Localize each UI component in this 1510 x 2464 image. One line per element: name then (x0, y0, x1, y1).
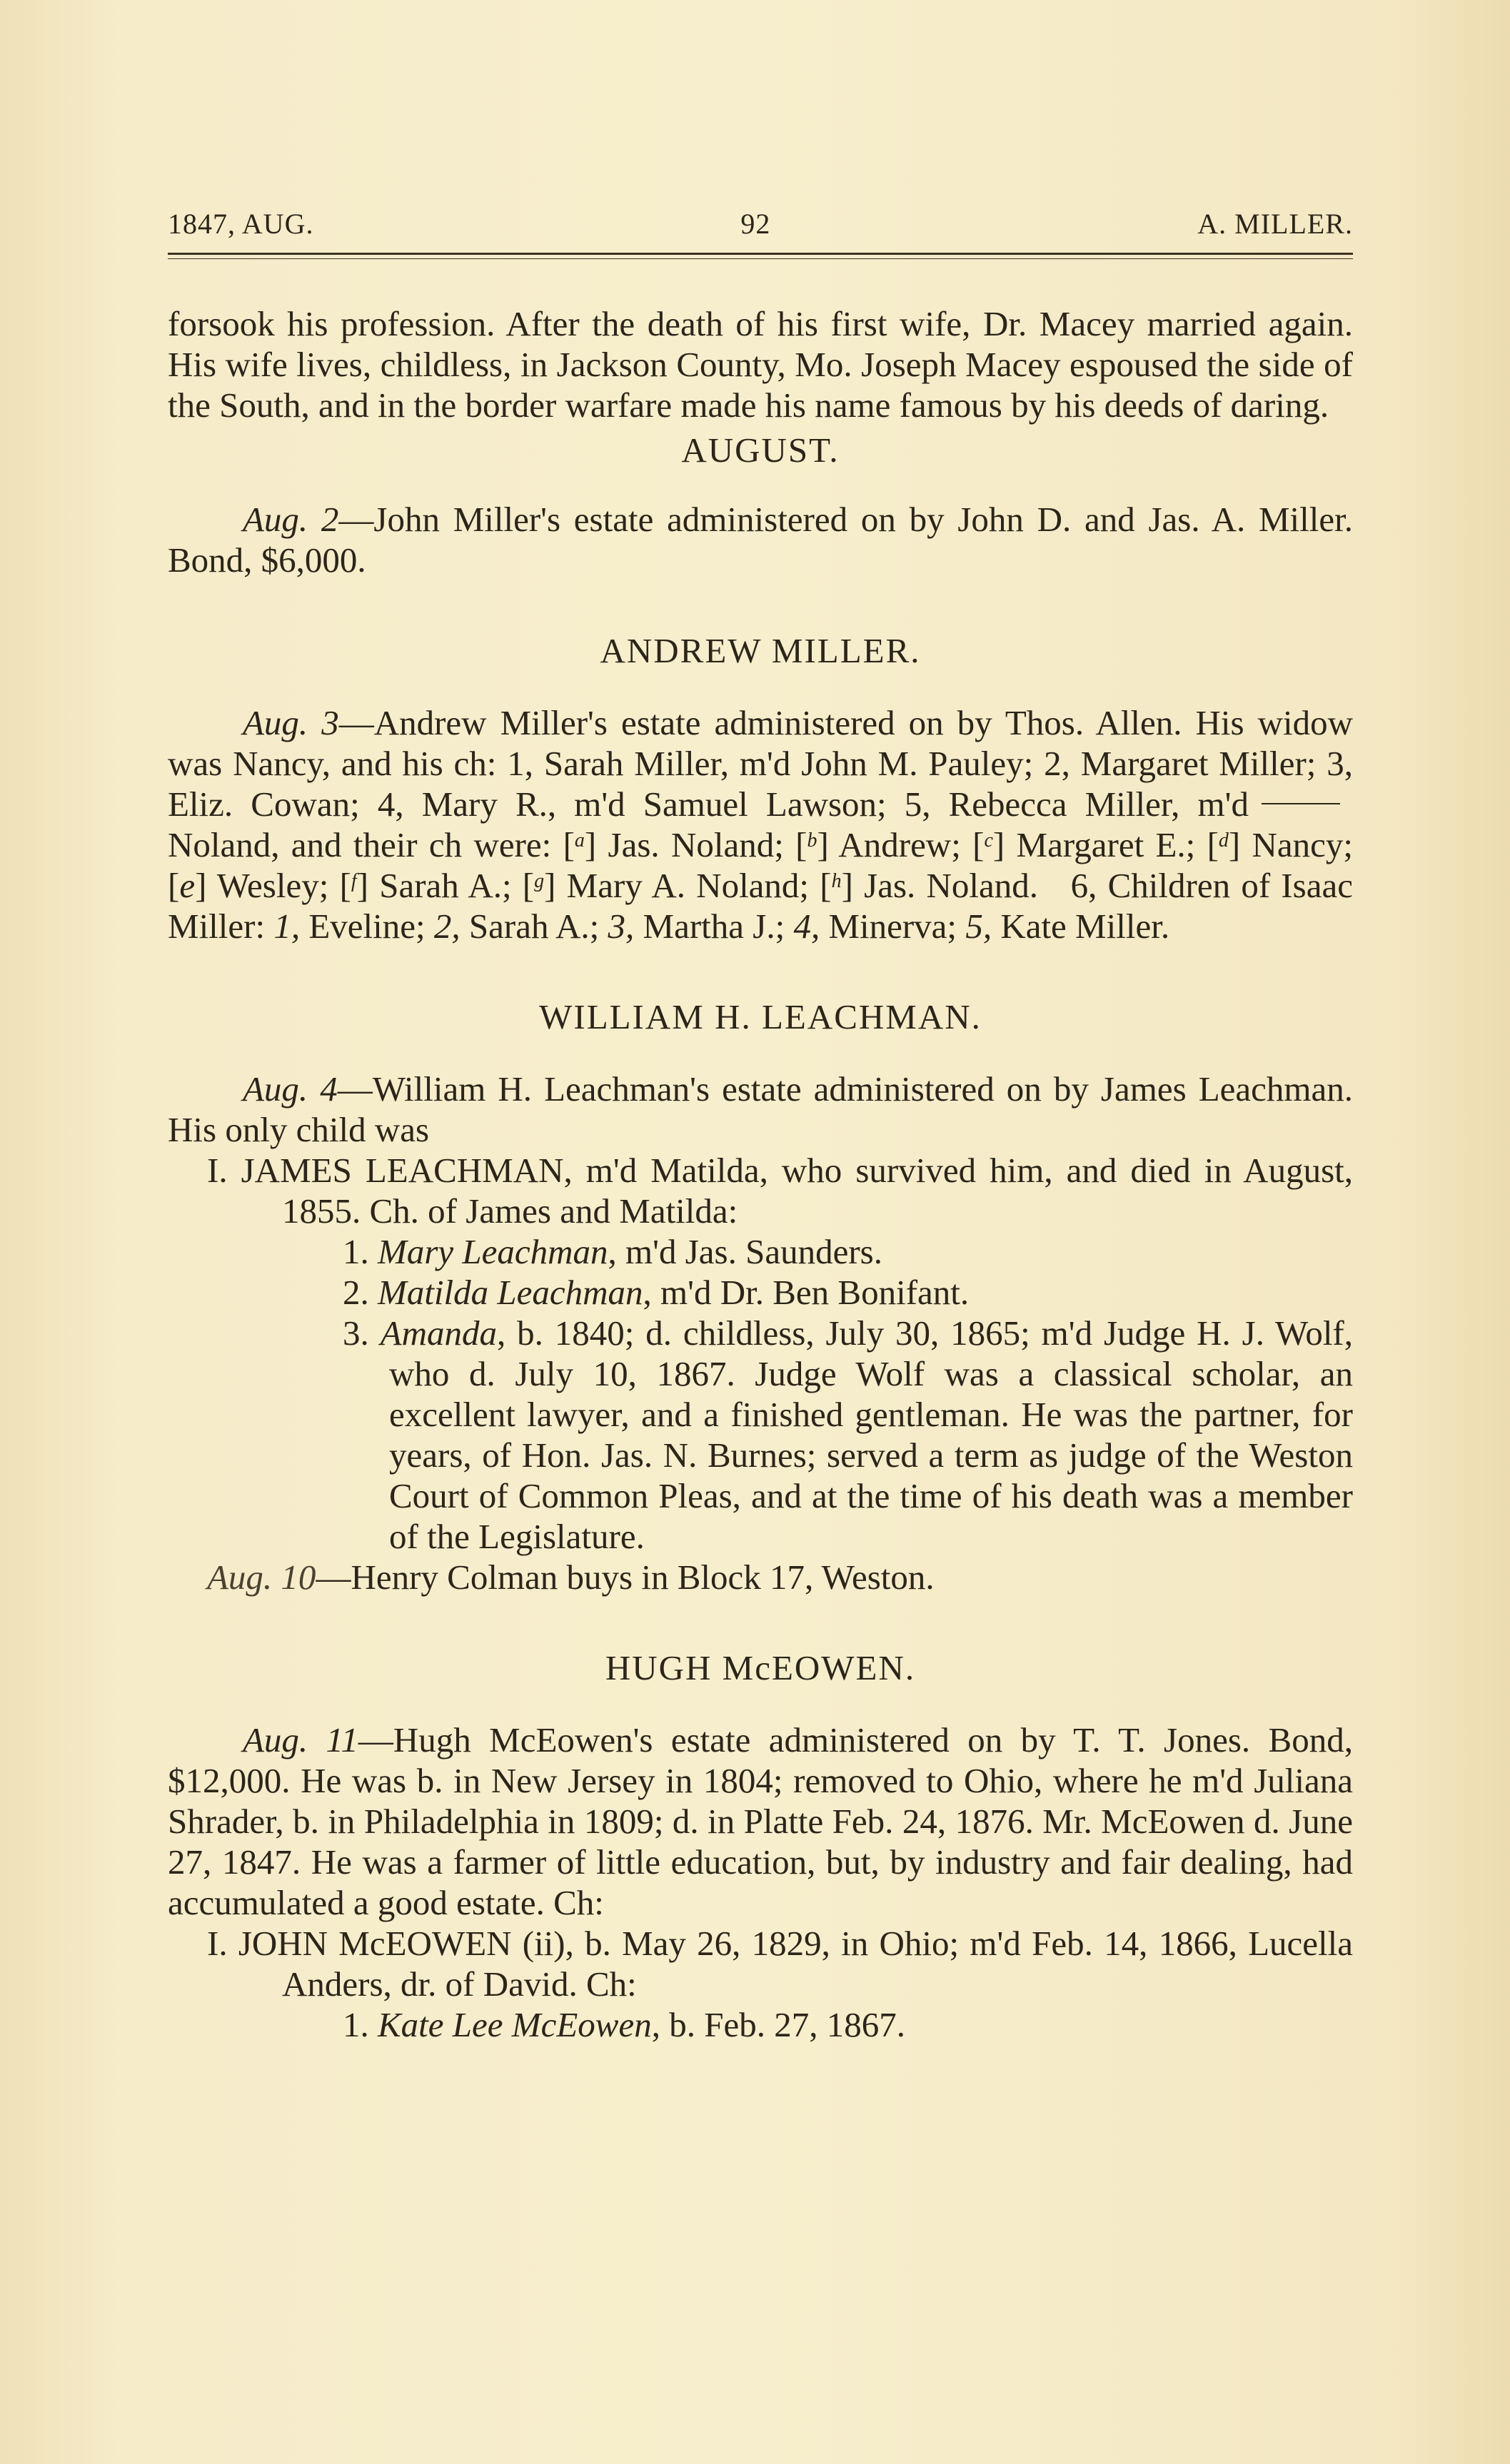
running-head-left: 1847, AUG. (168, 207, 313, 241)
running-head-right: A. MILLER. (1197, 207, 1353, 241)
grandchild-entry: 2. Matilda Leachman, m'd Dr. Ben Bonifan… (168, 1272, 1353, 1313)
isaac-child: 4, Minerva; (793, 907, 957, 946)
child-james-leachman: I. JAMES LEACHMAN, m'd Matilda, who surv… (168, 1150, 1353, 1231)
child-text: JOHN McEOWEN (ii), b. May 26, 1829, in O… (238, 1924, 1353, 2004)
entry-aug-11: Aug. 11—Hugh McEowen's estate administer… (168, 1720, 1353, 1923)
grandchild: [b] Andrew; (795, 825, 961, 864)
entry-text: —Henry Colman buys in Block 17, Weston. (316, 1557, 934, 1597)
grandchild: [a] Jas. Noland; (563, 825, 784, 864)
grandchild-entry: 1. Mary Leachman, m'd Jas. Saunders. (168, 1231, 1353, 1272)
child-numeral: I. (207, 1924, 228, 1963)
grandchild: [g] Mary A. Noland; (523, 866, 809, 905)
child-text: JAMES LEACHMAN, m'd Matilda, who survive… (241, 1151, 1353, 1231)
entry-date: Aug. 3 (243, 703, 339, 742)
child-numeral: I. (207, 1151, 228, 1190)
intro-paragraph: forsook his profession. After the death … (168, 303, 1353, 425)
isaac-child: 1, Eveline; (273, 907, 425, 946)
section-heading-andrew-miller: ANDREW MILLER. (168, 630, 1353, 671)
entry-date: Aug. 11 (243, 1720, 358, 1759)
grandchild: [e] Wesley; (168, 866, 328, 905)
entry-date: Aug. 4 (243, 1069, 338, 1109)
isaac-child: 2, Sarah A.; (434, 907, 599, 946)
entry-text: —Andrew Miller's estate administered on … (168, 703, 1353, 824)
entry-aug-10: Aug. 10—Henry Colman buys in Block 17, W… (168, 1557, 1353, 1597)
entry-aug-3: Aug. 3—Andrew Miller's estate administer… (168, 702, 1353, 946)
section-heading-mceowen: HUGH McEOWEN. (168, 1647, 1353, 1688)
grandchild-entry: 1. Kate Lee McEowen, b. Feb. 27, 1867. (168, 2004, 1353, 2045)
grandchild: [c] Margaret E.; (972, 825, 1195, 864)
header-rule (168, 253, 1353, 259)
section-heading-august: AUGUST. (168, 430, 1353, 470)
entry-date: Aug. 10 (207, 1557, 316, 1597)
entry-aug-2: Aug. 2—John Miller's estate administered… (168, 499, 1353, 580)
page-number: 92 (740, 207, 770, 241)
book-page: 1847, AUG. 92 A. MILLER. forsook his pro… (168, 207, 1353, 2045)
entry-date: Aug. 2 (243, 500, 338, 539)
grandchild: [d] Nancy; (1207, 825, 1353, 864)
isaac-child: 3, Martha J.; (608, 907, 785, 946)
section-heading-leachman: WILLIAM H. LEACHMAN. (168, 996, 1353, 1037)
entry-text: —John Miller's estate administered on by… (168, 500, 1353, 580)
grandchild-entry: 3. Amanda, b. 1840; d. childless, July 3… (168, 1313, 1353, 1557)
grandchild: [h] Jas. Noland. (820, 866, 1038, 905)
entry-text: —William H. Leachman's estate administer… (168, 1069, 1353, 1149)
blank-dash (1262, 803, 1340, 804)
entry-aug-4: Aug. 4—William H. Leachman's estate admi… (168, 1069, 1353, 1150)
entry-text-cont: Noland, and their ch were: (168, 825, 551, 864)
isaac-child: 5, Kate Miller. (965, 907, 1169, 946)
grandchild: [f] Sarah A.; (340, 866, 512, 905)
child-john-mceowen: I. JOHN McEOWEN (ii), b. May 26, 1829, i… (168, 1923, 1353, 2004)
running-head: 1847, AUG. 92 A. MILLER. (168, 207, 1353, 248)
